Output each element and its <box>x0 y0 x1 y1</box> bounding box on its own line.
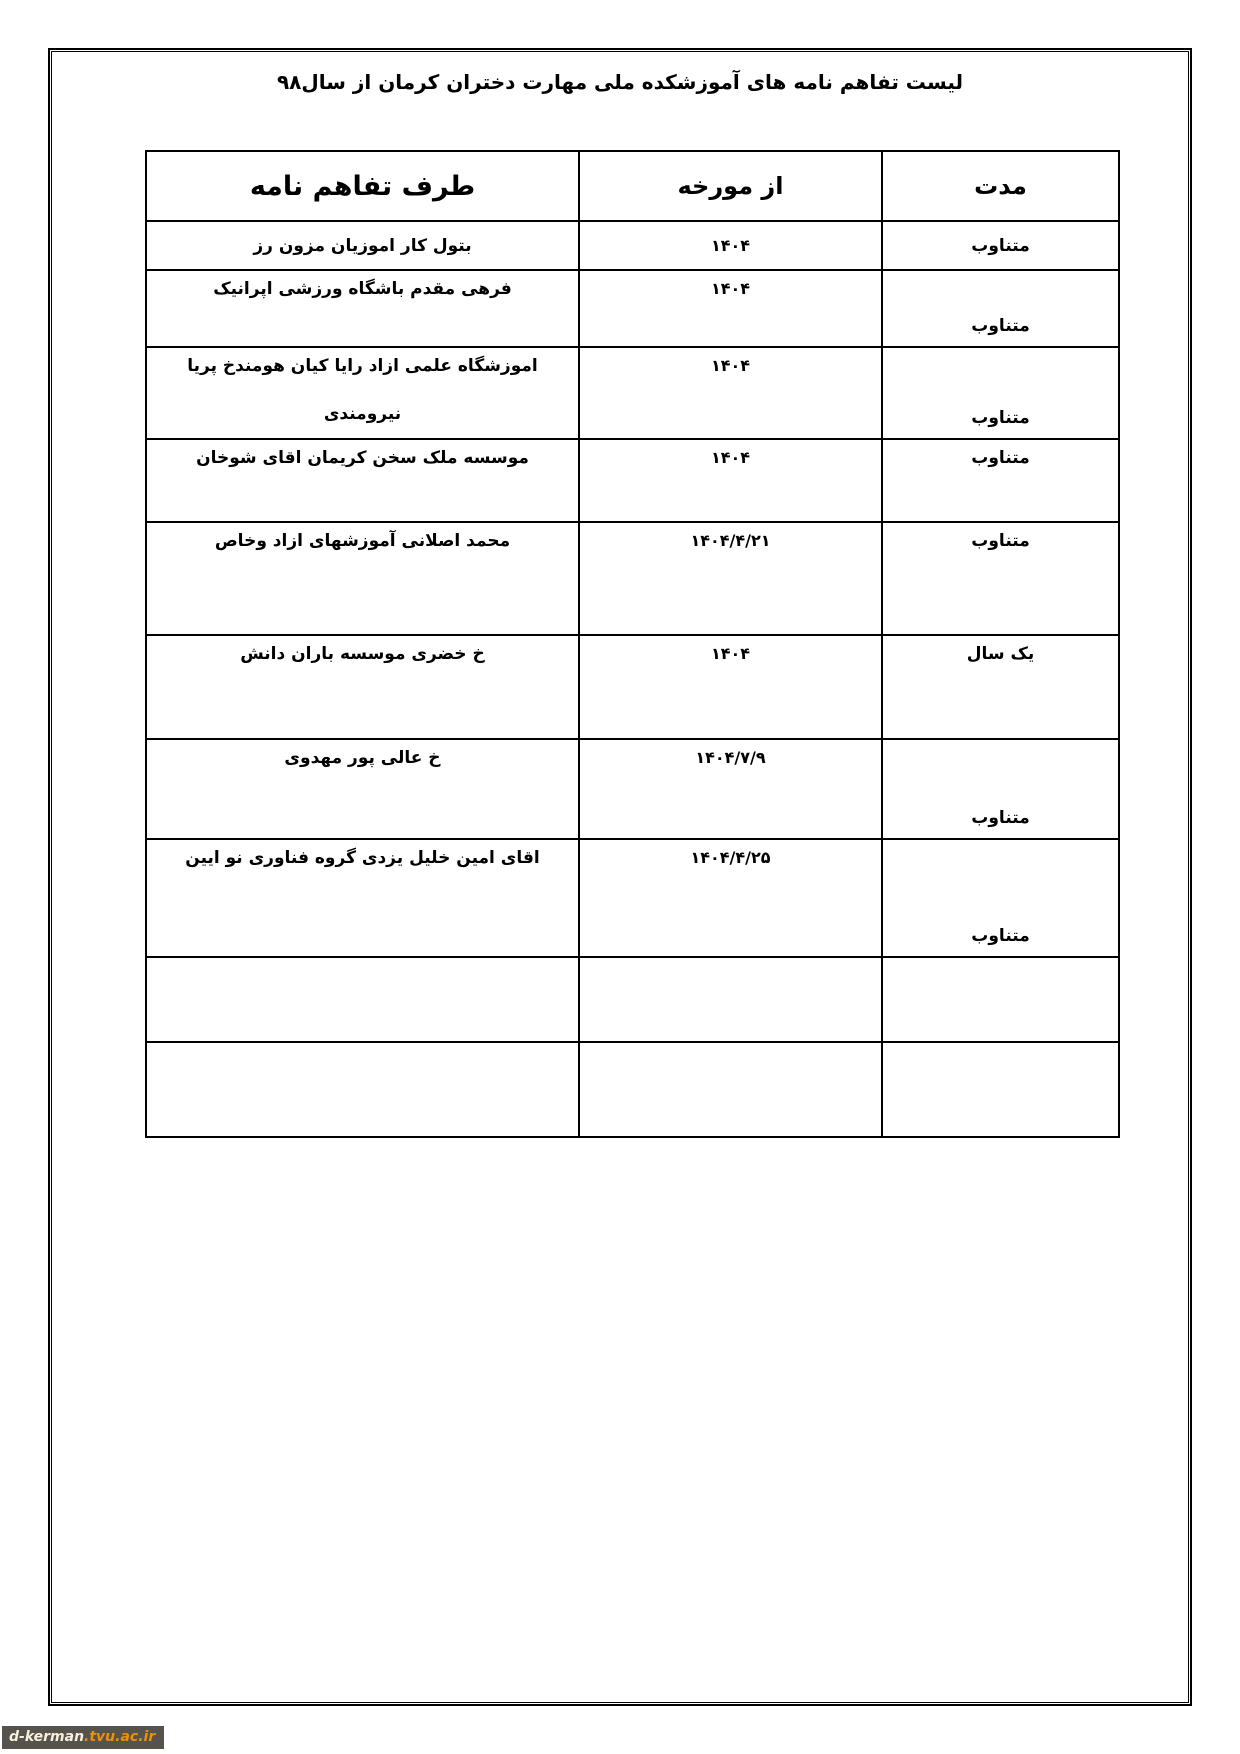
table-row: اموزشگاه علمی ازاد رایا کیان هومندخ پریا… <box>146 347 1119 439</box>
cell-duration: یک سال <box>882 635 1119 739</box>
cell-duration: متناوب <box>882 522 1119 635</box>
cell-party <box>146 957 579 1042</box>
table-row: خ خضری موسسه باران دانش۱۴۰۴یک سال <box>146 635 1119 739</box>
date-value: ۱۴۰۴ <box>711 279 750 298</box>
date-value: ۱۴۰۴ <box>711 236 750 255</box>
cell-duration: متناوب <box>882 221 1119 270</box>
site-watermark: d-kerman.tvu.ac.ir <box>2 1726 164 1749</box>
cell-date <box>579 1042 882 1137</box>
cell-party: محمد اصلانی آموزشهای ازاد وخاص <box>146 522 579 635</box>
party-name-line2: نیرومندی <box>155 404 570 424</box>
watermark-domain-text: d-kerman <box>9 1729 84 1745</box>
cell-duration: متناوب <box>882 839 1119 957</box>
table-row: خ عالی پور مهدوی۱۴۰۴/۷/۹متناوب <box>146 739 1119 839</box>
cell-duration: متناوب <box>882 270 1119 347</box>
cell-party: فرهی مقدم باشگاه ورزشی اپرانیک <box>146 270 579 347</box>
header-date-column: از مورخه <box>579 151 882 221</box>
table-row: بتول کار اموزیان مزون رز۱۴۰۴متناوب <box>146 221 1119 270</box>
party-name: بتول کار اموزیان مزون رز <box>155 236 570 256</box>
cell-party: اموزشگاه علمی ازاد رایا کیان هومندخ پریا… <box>146 347 579 439</box>
party-name: اموزشگاه علمی ازاد رایا کیان هومندخ پریا <box>155 356 570 376</box>
cell-date: ۱۴۰۴ <box>579 221 882 270</box>
cell-duration: متناوب <box>882 439 1119 522</box>
table-row: اقای امین خلیل یزدی گروه فناوری نو ایین۱… <box>146 839 1119 957</box>
header-duration-column: مدت <box>882 151 1119 221</box>
date-value: ۱۴۰۴/۴/۲۱ <box>690 531 770 550</box>
header-party-column: طرف تفاهم نامه <box>146 151 579 221</box>
table-row: موسسه ملک سخن کریمان اقای شوخان۱۴۰۴متناو… <box>146 439 1119 522</box>
cell-date: ۱۴۰۴ <box>579 439 882 522</box>
cell-date: ۱۴۰۴ <box>579 270 882 347</box>
cell-duration <box>882 1042 1119 1137</box>
mou-table: طرف تفاهم نامه از مورخه مدت بتول کار امو… <box>145 150 1120 1138</box>
date-value: ۱۴۰۴ <box>711 448 750 467</box>
cell-duration <box>882 957 1119 1042</box>
cell-party: موسسه ملک سخن کریمان اقای شوخان <box>146 439 579 522</box>
table-body: بتول کار اموزیان مزون رز۱۴۰۴متناوبفرهی م… <box>146 221 1119 1137</box>
cell-date: ۱۴۰۴ <box>579 347 882 439</box>
cell-duration: متناوب <box>882 739 1119 839</box>
party-name: موسسه ملک سخن کریمان اقای شوخان <box>155 448 570 468</box>
cell-date: ۱۴۰۴/۴/۲۱ <box>579 522 882 635</box>
date-value: ۱۴۰۴/۷/۹ <box>695 748 765 767</box>
cell-party: بتول کار اموزیان مزون رز <box>146 221 579 270</box>
party-name: اقای امین خلیل یزدی گروه فناوری نو ایین <box>155 848 570 868</box>
cell-duration: متناوب <box>882 347 1119 439</box>
cell-party <box>146 1042 579 1137</box>
cell-date <box>579 957 882 1042</box>
party-name: خ خضری موسسه باران دانش <box>155 644 570 664</box>
document-page: لیست تفاهم نامه های آموزشکده ملی مهارت د… <box>0 0 1240 1754</box>
cell-party: خ خضری موسسه باران دانش <box>146 635 579 739</box>
date-value: ۱۴۰۴ <box>711 356 750 375</box>
cell-date: ۱۴۰۴ <box>579 635 882 739</box>
table-row: فرهی مقدم باشگاه ورزشی اپرانیک۱۴۰۴متناوب <box>146 270 1119 347</box>
watermark-suffix-text: .tvu.ac.ir <box>84 1729 155 1745</box>
cell-date: ۱۴۰۴/۴/۲۵ <box>579 839 882 957</box>
party-name: فرهی مقدم باشگاه ورزشی اپرانیک <box>155 279 570 299</box>
cell-date: ۱۴۰۴/۷/۹ <box>579 739 882 839</box>
party-name: محمد اصلانی آموزشهای ازاد وخاص <box>155 531 570 551</box>
page-title: لیست تفاهم نامه های آموزشکده ملی مهارت د… <box>60 70 1180 94</box>
table-header-row: طرف تفاهم نامه از مورخه مدت <box>146 151 1119 221</box>
date-value: ۱۴۰۴ <box>711 644 750 663</box>
date-value: ۱۴۰۴/۴/۲۵ <box>690 848 770 867</box>
table-row: محمد اصلانی آموزشهای ازاد وخاص۱۴۰۴/۴/۲۱م… <box>146 522 1119 635</box>
cell-party: خ عالی پور مهدوی <box>146 739 579 839</box>
table-row <box>146 957 1119 1042</box>
cell-party: اقای امین خلیل یزدی گروه فناوری نو ایین <box>146 839 579 957</box>
party-name: خ عالی پور مهدوی <box>155 748 570 768</box>
table-row <box>146 1042 1119 1137</box>
